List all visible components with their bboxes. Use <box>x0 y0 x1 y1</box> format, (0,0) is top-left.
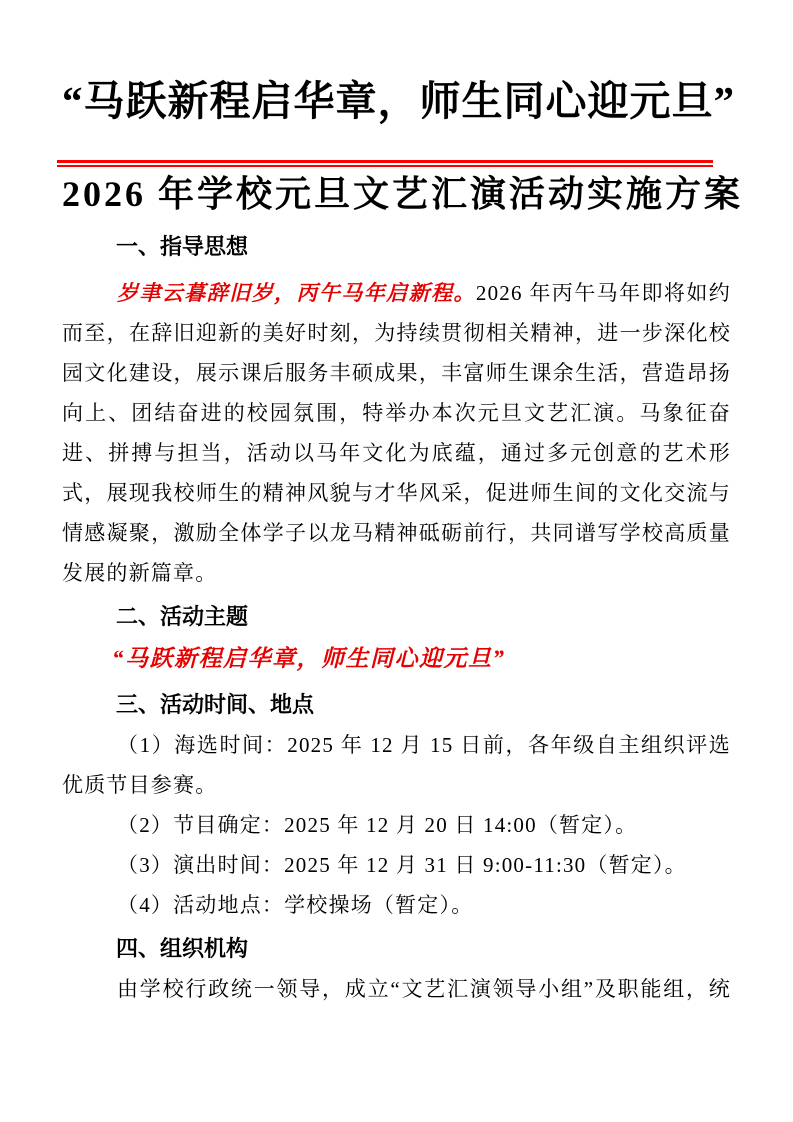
schedule-item-performance-time: （3）演出时间：2025 年 12 月 31 日 9:00-11:30（暂定）。 <box>62 845 731 885</box>
section-heading-time-location: 三、活动时间、地点 <box>62 685 731 725</box>
schedule-item-audition: （1）海选时间：2025 年 12 月 15 日前，各年级自主组织评选优质节目参… <box>62 725 731 805</box>
red-lead-sentence: 岁聿云暮辞旧岁，丙午马年启新程。 <box>117 281 476 305</box>
activity-theme-quote: “马跃新程启华章，师生同心迎元旦” <box>62 637 731 681</box>
document-content: “马跃新程启华章，师生同心迎元旦” 2026 年学校元旦文艺汇演活动实施方案 一… <box>0 0 793 1009</box>
section-heading-activity-theme: 二、活动主题 <box>62 597 731 637</box>
section-heading-organization: 四、组织机构 <box>62 929 731 969</box>
red-double-rule-divider <box>57 160 713 167</box>
schedule-item-location: （4）活动地点：学校操场（暂定）。 <box>62 885 731 925</box>
guiding-ideology-paragraph: 岁聿云暮辞旧岁，丙午马年启新程。2026 年丙午马年即将如约而至，在辞旧迎新的美… <box>62 273 731 593</box>
organization-paragraph: 由学校行政统一领导，成立“文艺汇演领导小组”及职能组，统 <box>62 969 731 1009</box>
schedule-item-program-confirmation: （2）节目确定：2025 年 12 月 20 日 14:00（暂定）。 <box>62 805 731 845</box>
guiding-ideology-body-text: 2026 年丙午马年即将如约而至，在辞旧迎新的美好时刻，为持续贯彻相关精神，进一… <box>62 281 731 585</box>
section-heading-guiding-ideology: 一、指导思想 <box>62 227 731 267</box>
document-subtitle: 2026 年学校元旦文艺汇演活动实施方案 <box>62 171 731 217</box>
document-page: “马跃新程启华章，师生同心迎元旦” 2026 年学校元旦文艺汇演活动实施方案 一… <box>0 0 793 1122</box>
document-title: “马跃新程启华章，师生同心迎元旦” <box>62 66 731 136</box>
